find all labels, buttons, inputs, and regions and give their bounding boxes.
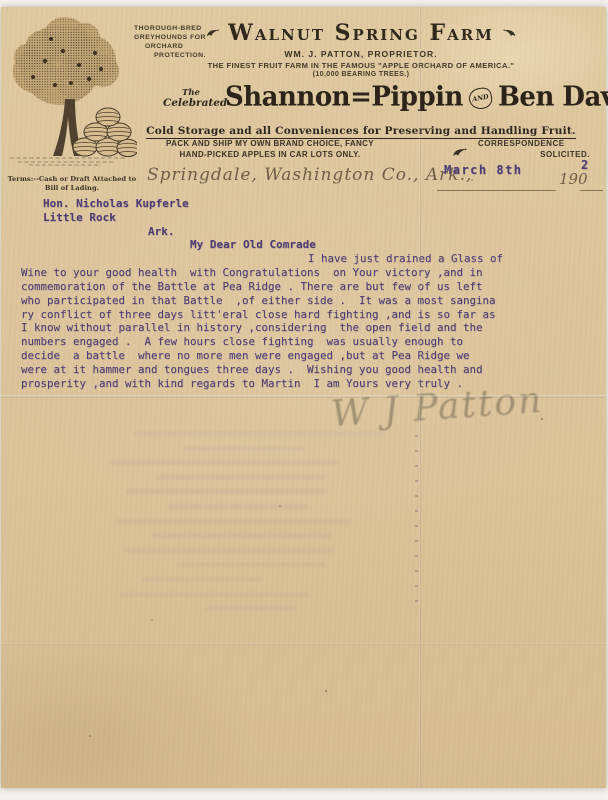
body-line: numbers engaged . A few hours close figh…: [21, 335, 601, 349]
typed-date: March 8th: [444, 163, 523, 177]
pack-line2: HAND-PICKED APPLES IN CAR LOTS ONLY.: [139, 150, 401, 161]
body-line: I know without parallel in history ,cons…: [21, 321, 601, 335]
year-underline: [580, 190, 603, 191]
product-banner: The Celebrated Shannon=Pippin AND Ben Da…: [163, 83, 608, 111]
product-name-left: Shannon=Pippin: [225, 82, 463, 111]
celebrated-line2: Celebrated: [163, 98, 219, 108]
fleuron-icon: [206, 27, 219, 39]
greyhounds-note-line: PROTECTION.: [154, 51, 206, 60]
body-line: Wine to your good health with Congratula…: [21, 266, 601, 280]
recipient-city: Little Rock: [43, 211, 116, 224]
dateline-place: Springdale, Washington Co., Ark.,: [147, 165, 472, 185]
apple-tree-icon: [5, 13, 137, 177]
terms-line2: Bill of Lading.: [5, 184, 139, 193]
body-line: were at it hammer and tongues three days…: [21, 363, 601, 377]
cold-storage-line: Cold Storage and all Conveniences for Pr…: [141, 119, 581, 138]
recipient-name: Hon. Nicholas Kupferle: [43, 197, 189, 210]
typed-year-digit: 2: [581, 158, 588, 172]
correspondence-line1: CORRESPONDENCE: [478, 139, 590, 150]
recipient-state: Ark.: [148, 225, 175, 238]
farm-title-row: Walnut Spring Farm: [206, 20, 516, 46]
greyhounds-note-line: GREYHOUNDS FOR: [134, 33, 206, 42]
body-line: I have just drained a Glass of: [21, 252, 601, 266]
horizontal-crease: [1, 395, 606, 398]
correspondence-note: CORRESPONDENCE SOLICITED.: [478, 139, 590, 160]
paper-speck: [471, 179, 473, 181]
terms-note: Terms:--Cash or Draft Attached to Bill o…: [5, 175, 139, 192]
date-underline: [437, 190, 556, 191]
center-fleuron: [452, 143, 467, 162]
terms-line1: Terms:--Cash or Draft Attached to: [5, 175, 139, 184]
paper-speck: [279, 505, 281, 507]
fold-bleed-marks: [415, 435, 418, 605]
cold-storage-text: Cold Storage and all Conveniences for Pr…: [146, 125, 576, 139]
paper-speck: [151, 619, 153, 621]
letter-paper: Terms:--Cash or Draft Attached to Bill o…: [1, 7, 606, 788]
tagline: THE FINEST FRUIT FARM IN THE FAMOUS "APP…: [141, 61, 581, 70]
apple-barrels-icon: [73, 108, 137, 157]
greyhounds-note: THOROUGH-BRED GREYHOUNDS FOR ORCHARD PRO…: [134, 24, 206, 60]
scanned-letter-page: { "colors": { "paper": "#dcc59c", "print…: [0, 0, 608, 800]
bleed-through-ghost-text: [96, 431, 426, 611]
letter-body: I have just drained a Glass of Wine to y…: [21, 252, 601, 391]
horizontal-crease: [1, 643, 606, 645]
paper-speck: [89, 735, 91, 737]
body-line: ry conflict of three days litt'eral clos…: [21, 308, 601, 322]
greyhounds-note-line: THOROUGH-BRED: [134, 24, 206, 33]
fleuron-icon: [452, 147, 467, 158]
farm-name: Walnut Spring Farm: [228, 20, 494, 47]
pack-line1: PACK AND SHIP MY OWN BRAND CHOICE, FANCY: [139, 139, 401, 150]
fleuron-icon: [503, 27, 516, 39]
product-name-right: Ben Davis Apples: [498, 82, 608, 111]
pack-ship-note: PACK AND SHIP MY OWN BRAND CHOICE, FANCY…: [139, 139, 401, 160]
paper-speck: [434, 67, 436, 69]
paper-speck: [541, 418, 543, 420]
paper-speck: [325, 690, 327, 692]
trees-note: (10,000 BEARING TREES.): [141, 71, 581, 78]
celebrated-label: The Celebrated: [163, 88, 219, 108]
body-line: decide a battle where no more men were e…: [21, 349, 601, 363]
body-line: commemoration of the Battle at Pea Ridge…: [21, 280, 601, 294]
and-monogram-icon: AND: [467, 86, 493, 111]
proprietor-line: WM. J. PATTON, PROPRIETOR.: [206, 49, 516, 59]
correspondence-line2: SOLICITED.: [478, 150, 590, 161]
apple-tree-engraving: [5, 13, 137, 181]
greyhounds-note-line: ORCHARD: [145, 42, 206, 51]
salutation: My Dear Old Comrade: [190, 238, 316, 251]
body-line: who participated in that Battle ,of eith…: [21, 294, 601, 308]
printed-year-prefix: 190: [559, 170, 588, 188]
